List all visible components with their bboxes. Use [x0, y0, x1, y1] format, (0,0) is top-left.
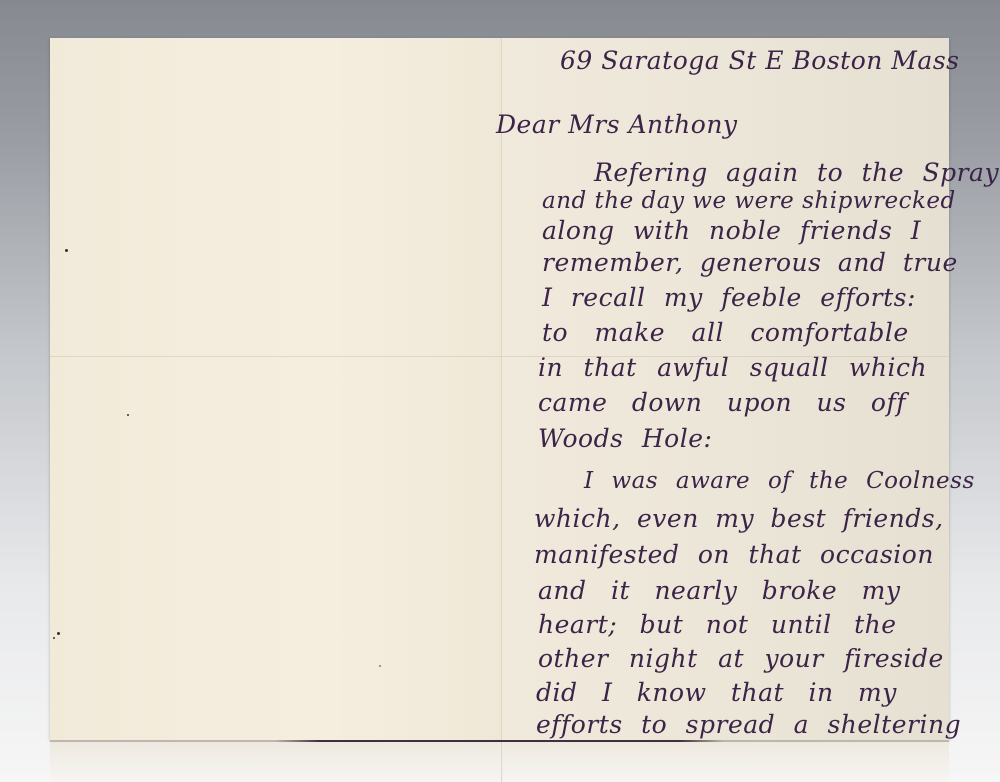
letter-line: and the day we were shipwrecked — [542, 188, 956, 214]
ink-spot — [65, 249, 68, 252]
address-line: 69 Saratoga St E Boston Mass — [560, 46, 959, 75]
letter-line: Refering again to the Spray — [594, 158, 999, 187]
letter-line: along with noble friends I — [542, 216, 921, 245]
letter-line: which, even my best friends, — [534, 504, 944, 533]
salutation: Dear Mrs Anthony — [496, 110, 738, 139]
letter-line: came down upon us off — [538, 388, 906, 417]
letter-line: I was aware of the Coolness — [584, 468, 975, 494]
ink-spot — [127, 414, 129, 416]
letter-line: I recall my feeble efforts: — [542, 283, 916, 312]
letter-line: heart; but not until the — [538, 610, 897, 639]
letter-line: other night at your fireside — [538, 644, 944, 673]
letter-line: efforts to spread a sheltering — [536, 710, 961, 739]
letter-line: did I know that in my — [536, 678, 897, 707]
center-fold — [501, 38, 503, 740]
letter-reflection — [50, 742, 949, 782]
letter-line: in that awful squall which — [538, 353, 927, 382]
ink-spot — [57, 632, 60, 635]
letter-line: Woods Hole: — [538, 424, 712, 453]
letter-line: manifested on that occasion — [534, 540, 934, 569]
blank-left-page — [50, 38, 502, 740]
ink-spot — [379, 665, 381, 667]
reflection-fold — [501, 742, 503, 782]
letter-line: remember, generous and true — [542, 248, 958, 277]
letter-line: to make all comfortable — [542, 318, 909, 347]
ink-spot — [53, 637, 55, 639]
letter-line: and it nearly broke my — [538, 576, 901, 605]
